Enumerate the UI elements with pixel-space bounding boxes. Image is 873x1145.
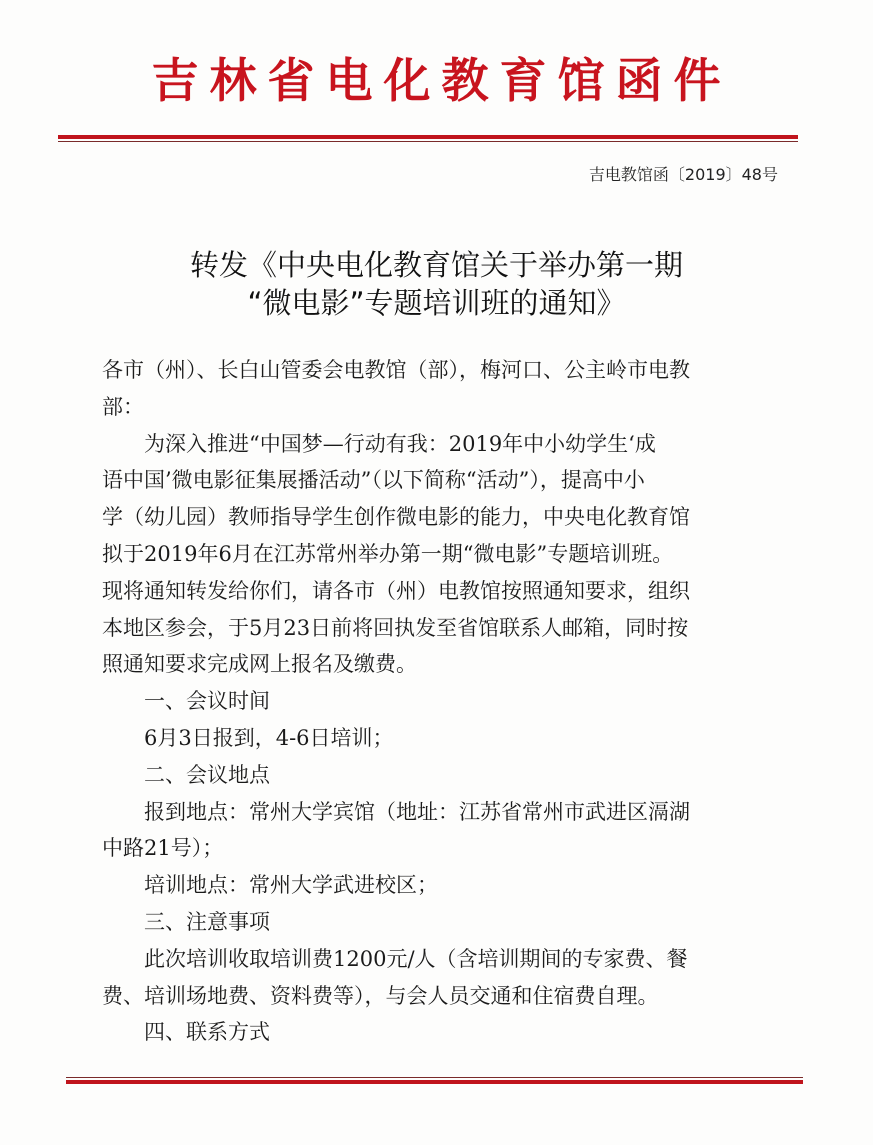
section-heading: 四、联系方式: [102, 1014, 782, 1051]
section-notes: 三、注意事项 此次培训收取培训费1200元/人（含培训期间的专家费、餐 费、培训…: [102, 904, 782, 1014]
section-meeting-time: 一、会议时间 6月3日报到，4-6日培训；: [102, 683, 782, 757]
paragraph-line: 现将通知转发给你们，请各市（州）电教馆按照通知要求，组织: [102, 573, 782, 610]
paragraph-line: 拟于2019年6月在江苏常州举办第一期“微电影”专题培训班。: [102, 536, 782, 573]
section-line: 费、培训场地费、资料费等），与会人员交通和住宿费自理。: [102, 978, 782, 1015]
header-divider: [58, 135, 798, 142]
header-divider-thick: [58, 135, 798, 139]
section-line: 中路21号）；: [102, 830, 782, 867]
footer-divider-thin: [66, 1077, 803, 1078]
document-body: 各市（州）、长白山管委会电教馆（部），梅河口、公主岭市电教 部： 为深入推进“中…: [102, 352, 782, 1051]
section-heading: 一、会议时间: [102, 683, 782, 720]
salutation-line: 部：: [102, 389, 782, 426]
document-number: 吉电教馆函〔2019〕48号: [589, 162, 778, 185]
title-line-2: “微电影”专题培训班的通知》: [0, 284, 873, 322]
section-heading: 三、注意事项: [102, 904, 782, 941]
section-line: 培训地点：常州大学武进校区；: [102, 867, 782, 904]
header-divider-thin: [58, 141, 798, 142]
salutation: 各市（州）、长白山管委会电教馆（部），梅河口、公主岭市电教 部：: [102, 352, 782, 426]
paragraph-line: 语中国’微电影征集展播活动”（以下简称“活动”），提高中小: [102, 462, 782, 499]
section-meeting-location: 二、会议地点 报到地点：常州大学宾馆（地址：江苏省常州市武进区滆湖 中路21号）…: [102, 757, 782, 904]
paragraph-line: 照通知要求完成网上报名及缴费。: [102, 646, 782, 683]
section-line: 6月3日报到，4-6日培训；: [102, 720, 782, 757]
section-contact: 四、联系方式: [102, 1014, 782, 1051]
paragraph-line: 为深入推进“中国梦—行动有我：2019年中小幼学生‘成: [102, 426, 782, 463]
salutation-line: 各市（州）、长白山管委会电教馆（部），梅河口、公主岭市电教: [102, 352, 782, 389]
title-line-1: 转发《中央电化教育馆关于举办第一期: [0, 246, 873, 284]
masthead: 吉林省电化教育馆函件: [0, 52, 873, 112]
section-line: 报到地点：常州大学宾馆（地址：江苏省常州市武进区滆湖: [102, 794, 782, 831]
paragraph-line: 本地区参会，于5月23日前将回执发至省馆联系人邮箱，同时按: [102, 610, 782, 647]
footer-divider-thick: [66, 1080, 803, 1084]
section-heading: 二、会议地点: [102, 757, 782, 794]
footer-divider: [66, 1077, 803, 1084]
document-title: 转发《中央电化教育馆关于举办第一期 “微电影”专题培训班的通知》: [0, 246, 873, 322]
paragraph-line: 学（幼儿园）教师指导学生创作微电影的能力，中央电化教育馆: [102, 499, 782, 536]
intro-paragraph: 为深入推进“中国梦—行动有我：2019年中小幼学生‘成 语中国’微电影征集展播活…: [102, 426, 782, 684]
section-line: 此次培训收取培训费1200元/人（含培训期间的专家费、餐: [102, 941, 782, 978]
